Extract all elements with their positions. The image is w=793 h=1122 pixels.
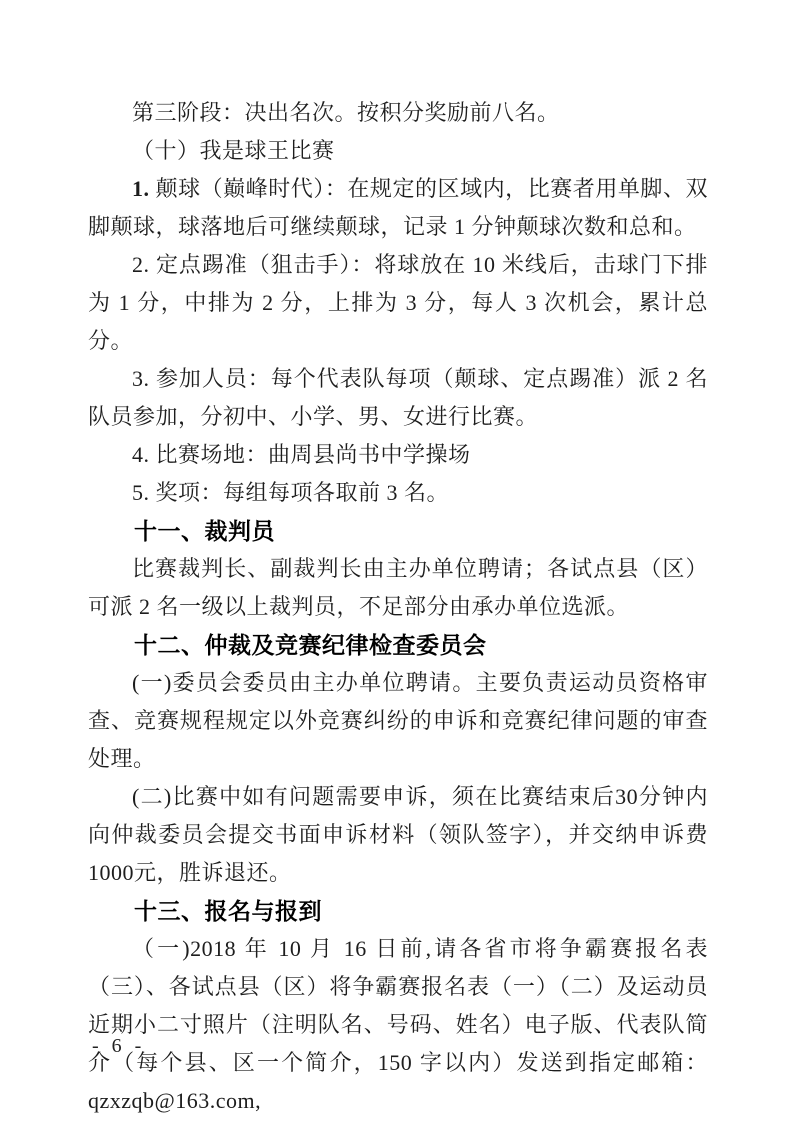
section-heading: 十三、报名与报到: [88, 892, 708, 930]
section-heading: 十一、裁判员: [88, 512, 708, 550]
document-content: 第三阶段：决出名次。按积分奖励前八名。（十）我是球王比赛1. 颠球（巅峰时代）：…: [88, 94, 708, 1120]
paragraph: (二)比赛中如有问题需要申诉，须在比赛结束后30分钟内向仲裁委员会提交书面申诉材…: [88, 778, 708, 892]
paragraph: 比赛裁判长、副裁判长由主办单位聘请；各试点县（区）可派 2 名一级以上裁判员，不…: [88, 550, 708, 626]
paragraph: 3. 参加人员：每个代表队每项（颠球、定点踢准）派 2 名队员参加，分初中、小学…: [88, 360, 708, 436]
page-number: - 6 -: [92, 1032, 145, 1060]
paragraph: 1. 颠球（巅峰时代）：在规定的区域内，比赛者用单脚、双脚颠球，球落地后可继续颠…: [88, 170, 708, 246]
paragraph: 4. 比赛场地：曲周县尚书中学操场: [88, 436, 708, 474]
paragraph: （十）我是球王比赛: [88, 132, 708, 170]
paragraph: 第三阶段：决出名次。按积分奖励前八名。: [88, 94, 708, 132]
bold-list-number: 1.: [132, 176, 150, 201]
paragraph: 2. 定点踢准（狙击手）：将球放在 10 米线后，击球门下排为 1 分，中排为 …: [88, 246, 708, 360]
paragraph: 5. 奖项：每组每项各取前 3 名。: [88, 474, 708, 512]
document-page: 第三阶段：决出名次。按积分奖励前八名。（十）我是球王比赛1. 颠球（巅峰时代）：…: [0, 0, 793, 1122]
paragraph: (一)委员会委员由主办单位聘请。主要负责运动员资格审查、竞赛规程规定以外竞赛纠纷…: [88, 664, 708, 778]
paragraph: （一)2018 年 10 月 16 日前,请各省市将争霸赛报名表（三）、各试点县…: [88, 930, 708, 1120]
section-heading: 十二、仲裁及竞赛纪律检查委员会: [88, 626, 708, 664]
